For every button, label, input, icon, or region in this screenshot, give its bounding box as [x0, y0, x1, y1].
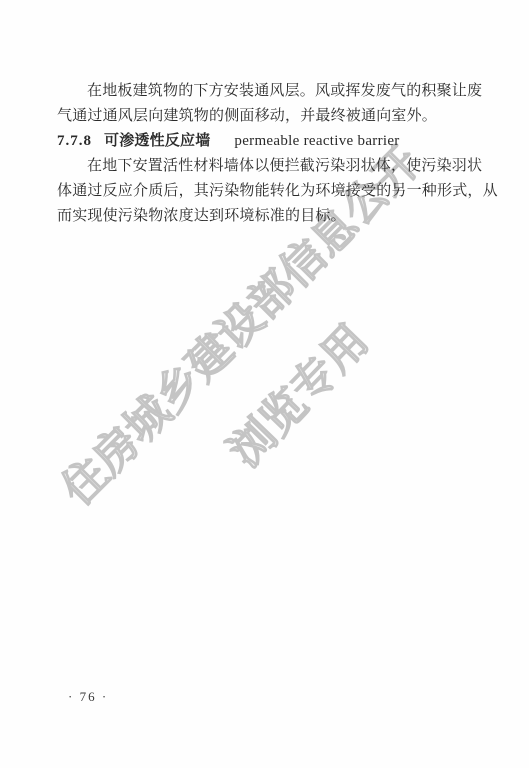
paragraph-1-line-2: 气通过通风层向建筑物的侧面移动，并最终被通向室外。: [57, 104, 471, 129]
paragraph-2-line-1: 在地下安置活性材料墙体以便拦截污染羽状体，使污染羽状: [57, 154, 471, 179]
section-number: 7.7.8: [57, 133, 92, 149]
section-heading: 7.7.8可渗透性反应墙permeable reactive barrier: [57, 129, 471, 154]
section-title-en: permeable reactive barrier: [234, 133, 399, 149]
document-page: 住房城乡建设部信息公开 浏览专用 在地板建筑物的下方安装通风层。风或挥发废气的积…: [0, 0, 529, 768]
page-number: · 76 ·: [68, 689, 108, 705]
paragraph-2-line-2: 体通过反应介质后，其污染物能转化为环境接受的另一种形式，从: [57, 179, 471, 204]
section-title-zh: 可渗透性反应墙: [104, 133, 210, 149]
watermark-line-2: 浏览专用: [212, 307, 380, 478]
paragraph-2-line-3: 而实现使污染物浓度达到环境标准的目标。: [57, 204, 471, 229]
paragraph-1-line-1: 在地板建筑物的下方安装通风层。风或挥发废气的积聚让废: [57, 79, 471, 104]
page-content: 在地板建筑物的下方安装通风层。风或挥发废气的积聚让废 气通过通风层向建筑物的侧面…: [57, 79, 471, 229]
